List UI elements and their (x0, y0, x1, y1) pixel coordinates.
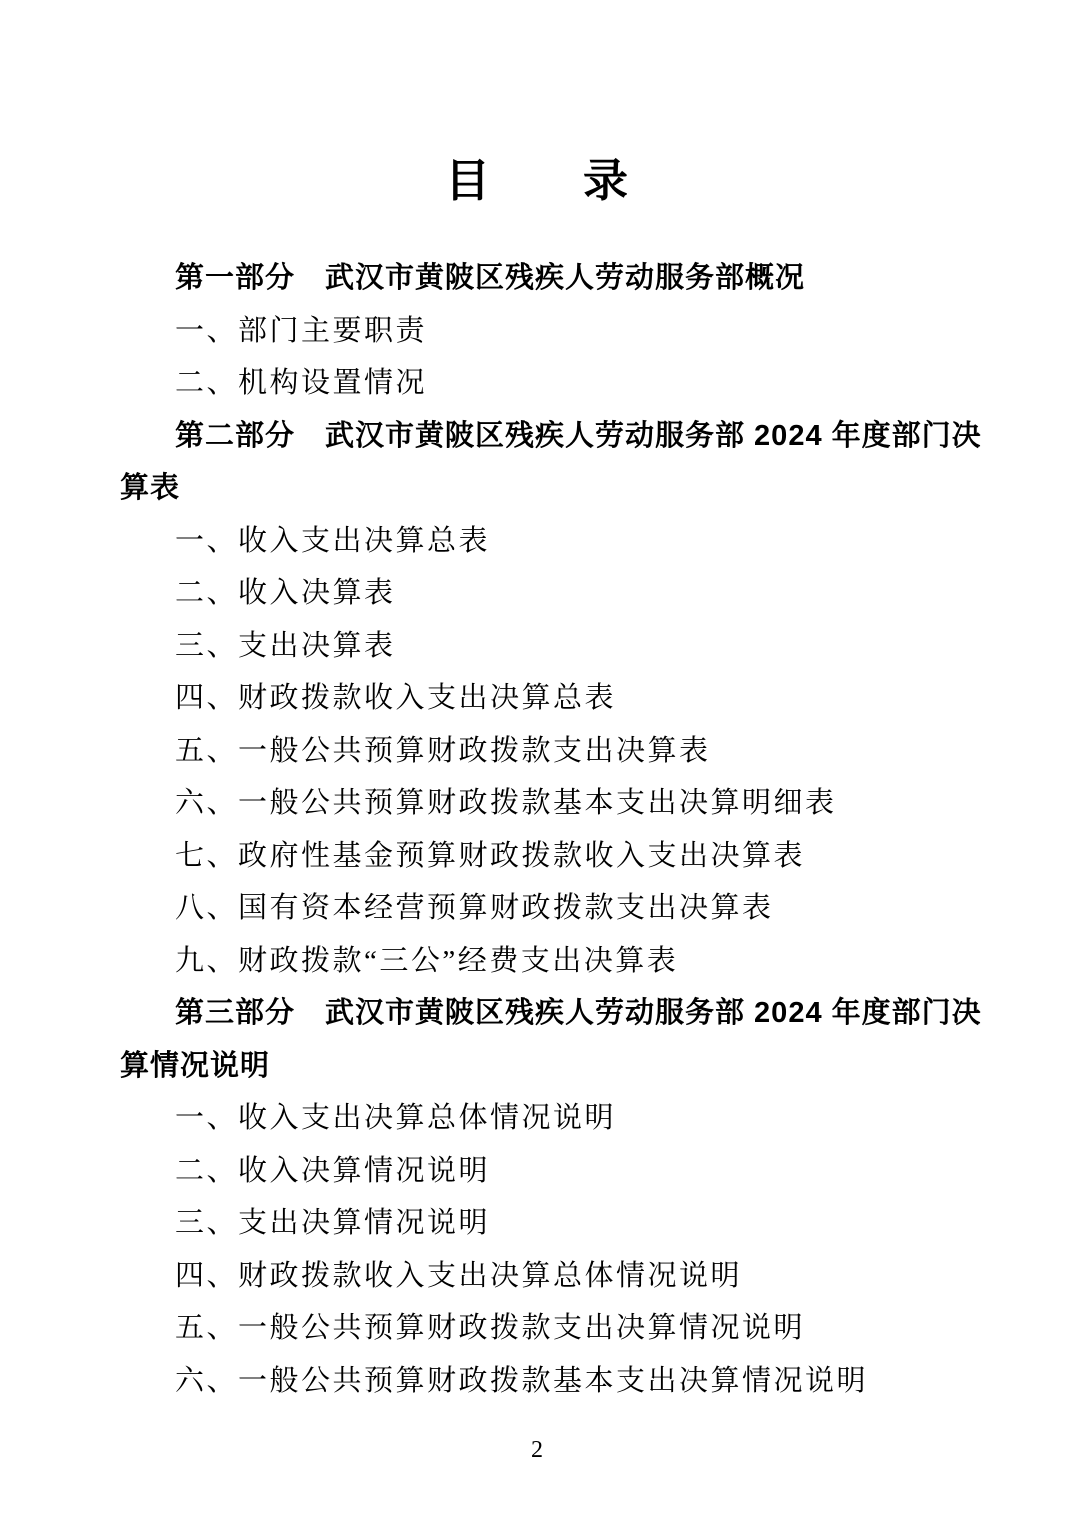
toc-section-heading: 第三部分 武汉市黄陂区残疾人劳动服务部 2024 年度部门决 (120, 987, 964, 1040)
toc-item: 一、收入支出决算总体情况说明 (120, 1092, 964, 1145)
toc-item: 二、机构设置情况 (120, 357, 964, 410)
toc-item: 五、一般公共预算财政拨款支出决算情况说明 (120, 1302, 964, 1355)
toc-item: 二、收入决算表 (120, 567, 964, 620)
toc-item: 三、支出决算情况说明 (120, 1197, 964, 1250)
toc-item: 一、部门主要职责 (120, 305, 964, 358)
toc-item: 四、财政拨款收入支出决算总体情况说明 (120, 1250, 964, 1303)
page-number: 2 (0, 1432, 1074, 1468)
toc-item: 八、国有资本经营预算财政拨款支出决算表 (120, 882, 964, 935)
toc-item: 七、政府性基金预算财政拨款收入支出决算表 (120, 830, 964, 883)
document-page: 目 录 第一部分 武汉市黄陂区残疾人劳动服务部概况 一、部门主要职责 二、机构设… (0, 0, 1074, 1520)
toc-item: 三、支出决算表 (120, 620, 964, 673)
toc-item: 五、一般公共预算财政拨款支出决算表 (120, 725, 964, 778)
toc-item: 六、一般公共预算财政拨款基本支出决算情况说明 (120, 1355, 964, 1408)
toc-item: 六、一般公共预算财政拨款基本支出决算明细表 (120, 777, 964, 830)
toc-item: 一、收入支出决算总表 (120, 515, 964, 568)
table-of-contents: 第一部分 武汉市黄陂区残疾人劳动服务部概况 一、部门主要职责 二、机构设置情况 … (120, 252, 964, 1407)
toc-item: 四、财政拨款收入支出决算总表 (120, 672, 964, 725)
toc-item: 二、收入决算情况说明 (120, 1145, 964, 1198)
toc-section-heading-continuation: 算情况说明 (120, 1040, 964, 1093)
toc-section-heading: 第二部分 武汉市黄陂区残疾人劳动服务部 2024 年度部门决 (120, 410, 964, 463)
page-title: 目 录 (0, 152, 1074, 210)
toc-item: 九、财政拨款“三公”经费支出决算表 (120, 935, 964, 988)
toc-section-heading-continuation: 算表 (120, 462, 964, 515)
toc-section-heading: 第一部分 武汉市黄陂区残疾人劳动服务部概况 (120, 252, 964, 305)
